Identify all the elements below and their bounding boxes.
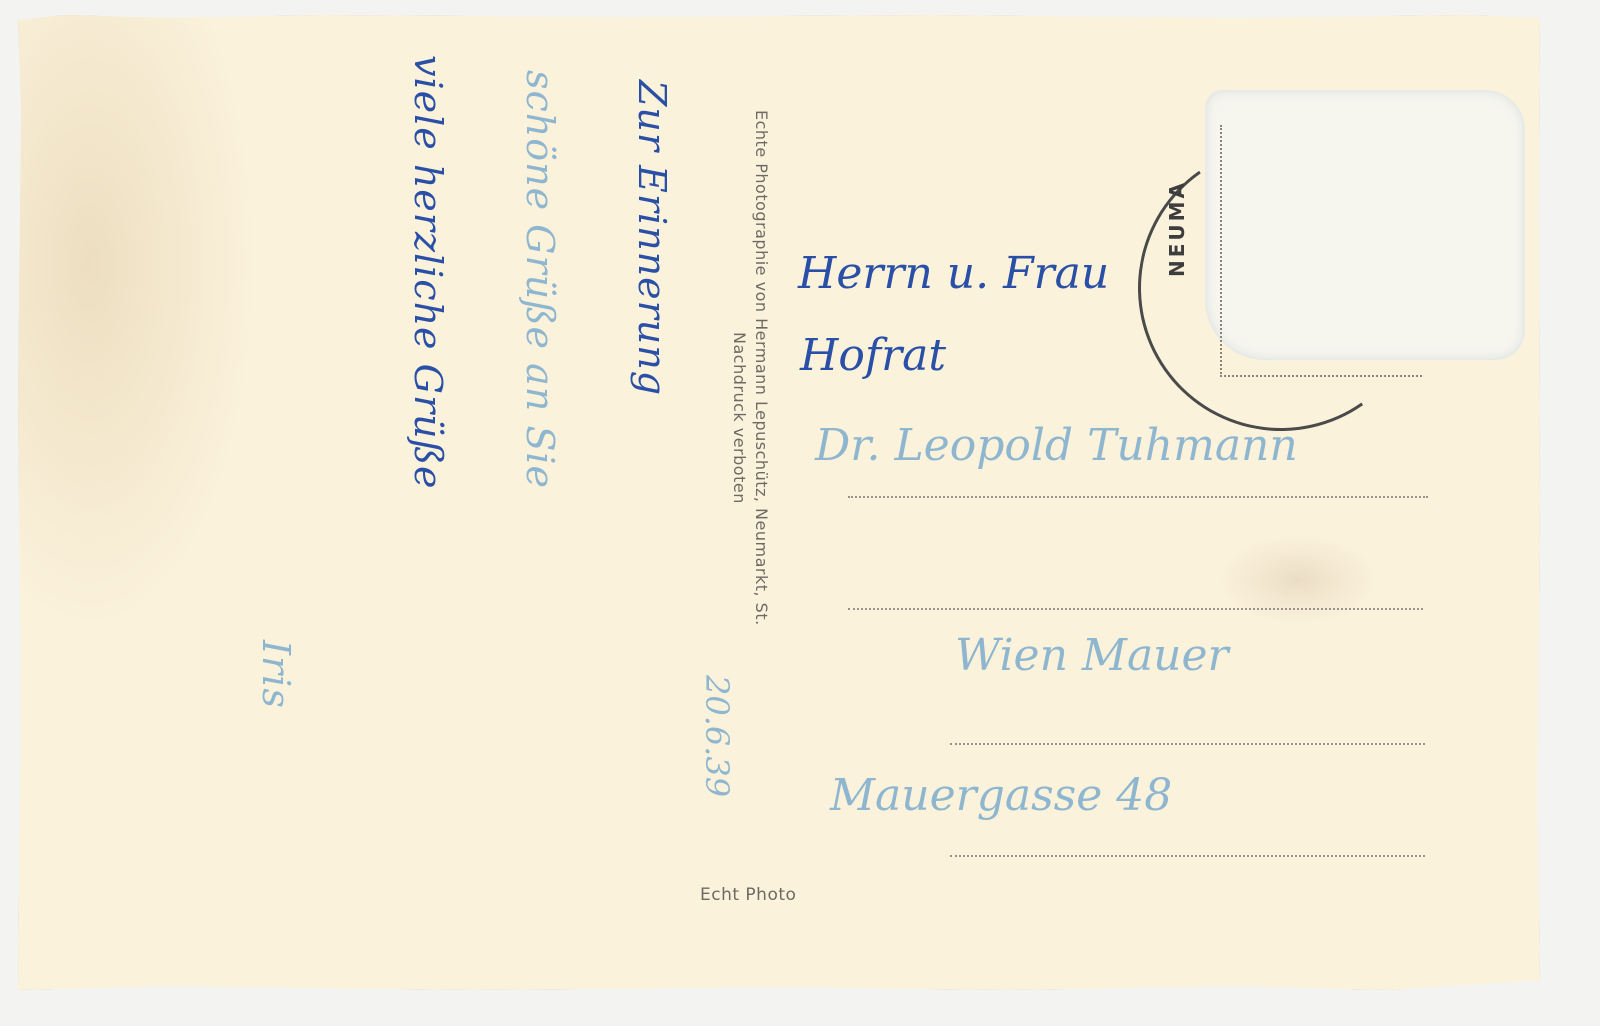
address-line-4: Wien Mauer: [955, 630, 1229, 681]
reprint-notice: Nachdruck verboten: [730, 332, 749, 504]
address-rule-2: [848, 608, 1423, 610]
address-rule-3: [950, 743, 1425, 745]
echt-photo-mark: Echt Photo: [700, 885, 796, 905]
message-date: 20.6.39: [698, 675, 736, 797]
smudge: [1218, 535, 1378, 625]
address-rule-4: [950, 855, 1425, 857]
water-stain: [18, 15, 258, 635]
postmark-text: NEUMA: [1165, 180, 1189, 277]
address-rule-1: [848, 496, 1428, 498]
message-line-2: schöne Grüße an Sie: [518, 70, 562, 489]
address-line-1: Herrn u. Frau: [798, 248, 1109, 299]
publisher-imprint: Echte Photographie von Hermann Lepuschüt…: [752, 110, 771, 626]
message-line-3: viele herzliche Grüße: [406, 55, 450, 489]
message-line-1: Zur Erinnerung: [630, 80, 674, 396]
address-line-3: Dr. Leopold Tuhmann: [815, 420, 1298, 471]
address-line-2: Hofrat: [800, 330, 946, 381]
address-line-5: Mauergasse 48: [830, 770, 1172, 821]
message-signature: Iris: [254, 640, 298, 709]
